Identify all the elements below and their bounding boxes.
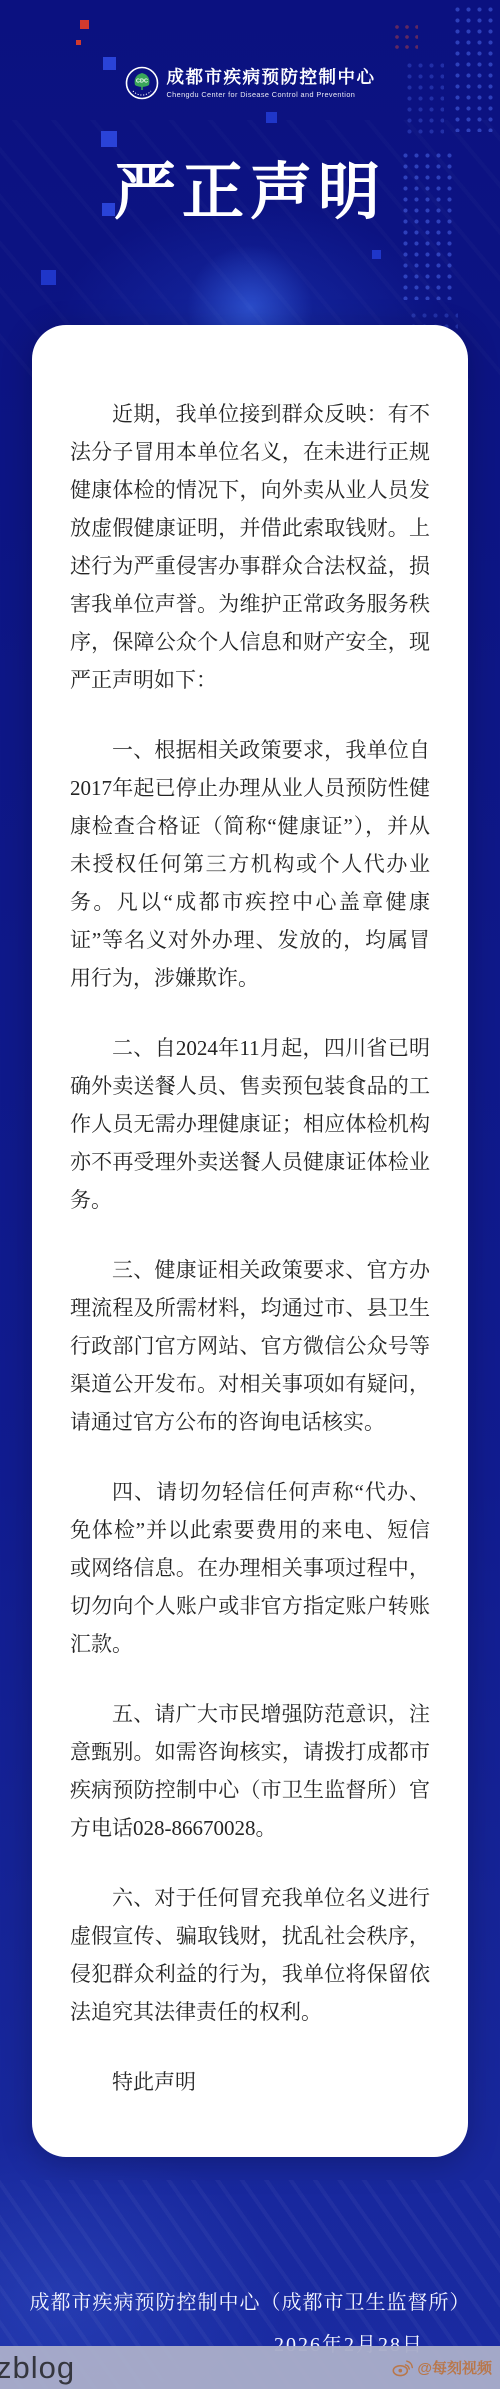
- watermark-weibo-label: @每刻视频: [417, 2357, 492, 2378]
- org-name-block: 成都市疾病预防控制中心 Chengdu Center for Disease C…: [167, 67, 376, 99]
- org-name-en: Chengdu Center for Disease Control and P…: [167, 90, 376, 99]
- announcement-poster: CDC 成都市疾病预防控制中心 Chengdu Center for Disea…: [0, 0, 500, 2389]
- page-title: 严正声明: [0, 142, 500, 231]
- statement-paragraph-6: 六、对于任何冒充我单位名义进行虚假宣传、骗取钱财，扰乱社会秩序，侵犯群众利益的行…: [70, 1879, 430, 2031]
- statement-paragraph-1: 一、根据相关政策要求，我单位自2017年起已停止办理从业人员预防性健康检查合格证…: [70, 731, 430, 997]
- decor-blue-square: [372, 250, 381, 259]
- statement-paragraph-4: 四、请切勿轻信任何声称“代办、免体检”并以此索要费用的来电、短信或网络信息。在办…: [70, 1473, 430, 1663]
- statement-paragraph-intro: 近期，我单位接到群众反映：有不法分子冒用本单位名义，在未进行正规健康体检的情况下…: [70, 395, 430, 699]
- decor-red-square: [76, 40, 81, 45]
- statement-paragraph-2: 二、自2024年11月起，四川省已明确外卖送餐人员、售卖预包装食品的工作人员无需…: [70, 1029, 430, 1219]
- decor-blue-square: [266, 112, 277, 123]
- weibo-icon: [392, 2359, 413, 2377]
- statement-closing: 特此声明: [70, 2063, 430, 2101]
- decor-red-square: [80, 20, 89, 29]
- decor-blue-square: [41, 270, 56, 285]
- org-name-cn: 成都市疾病预防控制中心: [167, 67, 376, 87]
- statement-paragraph-5: 五、请广大市民增强防范意识，注意甄别。如需咨询核实，请拨打成都市疾病预防控制中心…: [70, 1695, 430, 1847]
- svg-text:CDC: CDC: [136, 79, 148, 85]
- footer-org-line: 成都市疾病预防控制中心（成都市卫生监督所）: [0, 2286, 500, 2315]
- statement-paragraph-3: 三、健康证相关政策要求、官方办理流程及所需材料，均通过市、县卫生行政部门官方网站…: [70, 1251, 430, 1441]
- watermark-weibo: @每刻视频: [392, 2357, 492, 2378]
- dot-matrix-decoration-red: [392, 22, 418, 54]
- watermark-bar: zblog @每刻视频: [0, 2346, 500, 2389]
- header: CDC 成都市疾病预防控制中心 Chengdu Center for Disea…: [0, 66, 500, 100]
- statement-card: 近期，我单位接到群众反映：有不法分子冒用本单位名义，在未进行正规健康体检的情况下…: [32, 325, 468, 2157]
- cdc-logo-icon: CDC: [125, 66, 159, 100]
- watermark-zblog: zblog: [0, 2346, 75, 2389]
